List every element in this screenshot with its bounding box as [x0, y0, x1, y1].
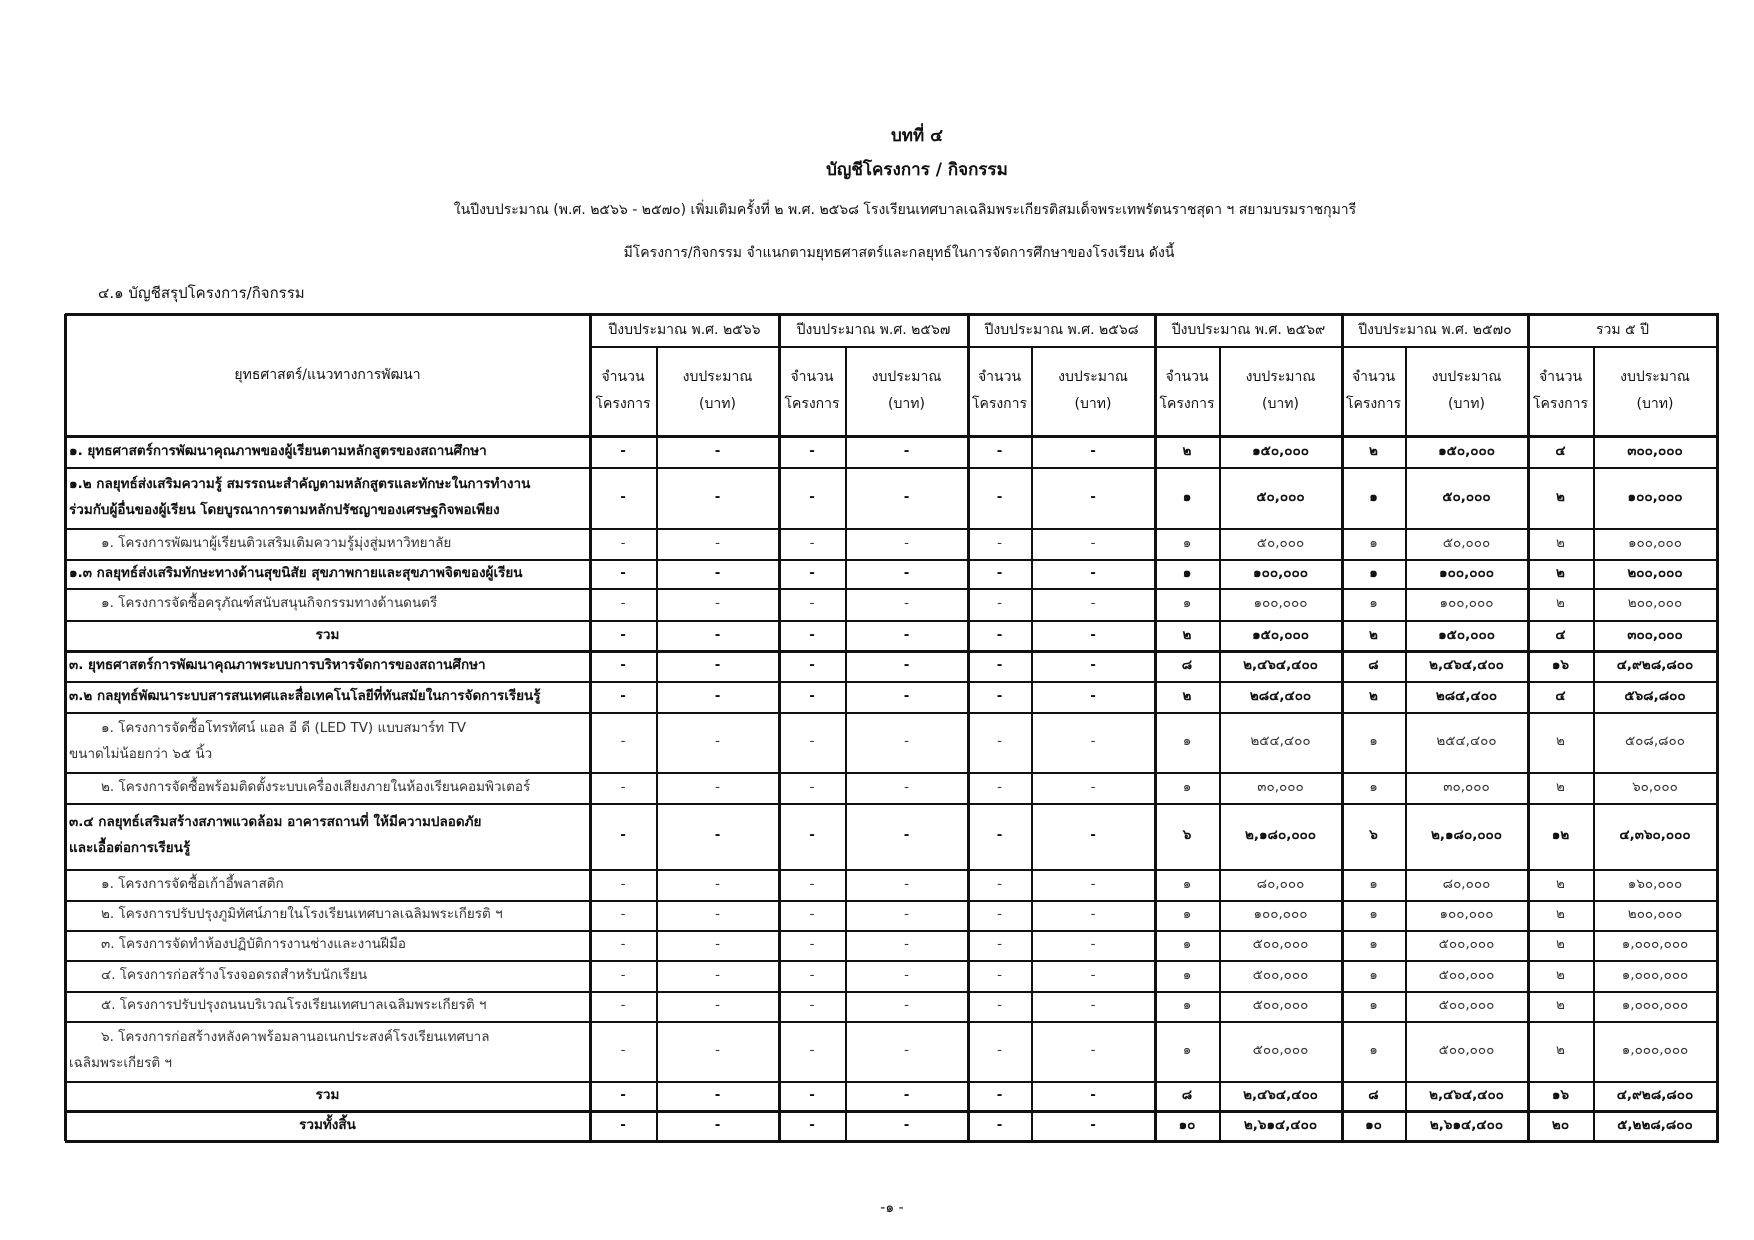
project-count-cell: ๑ [1155, 712, 1219, 772]
budget-cell: - [1031, 712, 1155, 772]
budget-cell: - [1031, 991, 1155, 1021]
project-count-cell: ๒ [1528, 930, 1593, 960]
project-count-cell: - [968, 1081, 1031, 1111]
project-count-cell: - [779, 960, 845, 991]
project-count-cell: ๑ [1155, 930, 1219, 960]
budget-cell: - [656, 1021, 779, 1081]
budget-cell: - [845, 651, 968, 681]
project-count-cell: - [968, 803, 1031, 869]
project-count-cell: - [779, 559, 845, 588]
project-count-cell: - [779, 436, 845, 467]
column-group-header: ปีงบประมาณ พ.ศ. ๒๕๖๖ [590, 314, 779, 346]
budget-cell: - [845, 1021, 968, 1081]
budget-cell: ๒๐๐,๐๐๐ [1593, 559, 1717, 588]
budget-cell: ๖๐,๐๐๐ [1593, 772, 1717, 803]
project-count-cell: ๑ [1155, 559, 1219, 588]
project-count-cell: ๖ [1155, 803, 1219, 869]
project-item-label: ๒. โครงการปรับปรุงภูมิทัศน์ภายในโรงเรียน… [65, 900, 590, 930]
budget-cell: ๑๐๐,๐๐๐ [1405, 559, 1528, 588]
project-count-cell: ๒ [1342, 436, 1405, 467]
subtotal-label: รวม [65, 620, 590, 651]
project-count-cell: ๑ [1342, 900, 1405, 930]
project-count-cell: - [968, 559, 1031, 588]
budget-cell: ๒,๖๑๔,๔๐๐ [1219, 1111, 1342, 1141]
project-count-cell: ๑ [1342, 772, 1405, 803]
budget-cell: ๓๐๐,๐๐๐ [1593, 436, 1717, 467]
budget-cell: ๑๕๐,๐๐๐ [1405, 620, 1528, 651]
project-count-cell: - [590, 620, 656, 651]
project-count-cell: - [968, 1021, 1031, 1081]
budget-cell: - [1031, 900, 1155, 930]
budget-cell: ๑๐๐,๐๐๐ [1219, 559, 1342, 588]
project-count-cell: - [968, 436, 1031, 467]
project-item-label: ๑. โครงการจัดซื้อครุภัณฑ์สนับสนุนกิจกรรม… [65, 588, 590, 620]
budget-cell: - [1031, 803, 1155, 869]
project-count-cell: - [779, 651, 845, 681]
budget-cell: ๕๐๘,๘๐๐ [1593, 712, 1717, 772]
budget-cell: ๑,๐๐๐,๐๐๐ [1593, 991, 1717, 1021]
column-header-budget: งบประมาณ(บาท) [1405, 346, 1528, 436]
project-item-label: ๑. โครงการพัฒนาผู้เรียนติวเสริมเติมความร… [65, 528, 590, 559]
budget-cell: - [656, 900, 779, 930]
budget-cell: - [1031, 1111, 1155, 1141]
project-count-cell: ๖ [1342, 803, 1405, 869]
project-count-cell: ๘ [1342, 651, 1405, 681]
budget-cell: ๒,๔๖๔,๔๐๐ [1219, 651, 1342, 681]
project-count-cell: ๒ [1155, 436, 1219, 467]
project-count-cell: ๑ [1155, 900, 1219, 930]
project-count-cell: - [779, 528, 845, 559]
project-count-cell: - [590, 467, 656, 528]
budget-cell: - [656, 1111, 779, 1141]
budget-cell: - [845, 559, 968, 588]
project-count-cell: - [968, 651, 1031, 681]
budget-cell: ๕๐๐,๐๐๐ [1219, 930, 1342, 960]
project-count-cell: - [968, 588, 1031, 620]
column-group-header: รวม ๕ ปี [1528, 314, 1717, 346]
budget-cell: ๓๐,๐๐๐ [1219, 772, 1342, 803]
budget-cell: - [656, 588, 779, 620]
project-count-cell: - [590, 528, 656, 559]
budget-cell: - [656, 559, 779, 588]
project-count-cell: ๒ [1528, 467, 1593, 528]
project-item-label: ๖. โครงการก่อสร้างหลังคาพร้อมลานอเนกประส… [65, 1021, 590, 1081]
budget-cell: - [1031, 528, 1155, 559]
budget-cell: - [656, 651, 779, 681]
budget-cell: - [656, 712, 779, 772]
column-group-header: ปีงบประมาณ พ.ศ. ๒๕๗๐ [1342, 314, 1528, 346]
budget-cell: ๔,๙๒๘,๘๐๐ [1593, 1081, 1717, 1111]
project-item-label: ๔. โครงการก่อสร้างโรงจอดรถสำหรับนักเรียน [65, 960, 590, 991]
budget-cell: - [1031, 1021, 1155, 1081]
project-count-cell: - [968, 620, 1031, 651]
project-count-cell: ๑ [1155, 528, 1219, 559]
project-count-cell: ๑ [1342, 467, 1405, 528]
project-count-cell: - [779, 1111, 845, 1141]
budget-cell: ๑๕๐,๐๐๐ [1219, 436, 1342, 467]
project-count-cell: - [779, 681, 845, 712]
budget-cell: - [656, 869, 779, 900]
column-header-project-count: จำนวนโครงการ [968, 346, 1031, 436]
budget-cell: - [656, 930, 779, 960]
project-count-cell: ๘ [1155, 651, 1219, 681]
project-count-cell: ๒ [1528, 960, 1593, 991]
project-count-cell: - [590, 869, 656, 900]
budget-cell: ๑,๐๐๐,๐๐๐ [1593, 960, 1717, 991]
budget-cell: - [656, 772, 779, 803]
budget-cell: - [845, 991, 968, 1021]
project-count-cell: - [968, 467, 1031, 528]
project-count-cell: - [590, 900, 656, 930]
column-header-budget: งบประมาณ(บาท) [656, 346, 779, 436]
project-count-cell: ๒ [1528, 712, 1593, 772]
column-group-header: ปีงบประมาณ พ.ศ. ๒๕๖๙ [1155, 314, 1342, 346]
project-count-cell: ๑ [1342, 991, 1405, 1021]
strategy-label: ๓.๔ กลยุทธ์เสริมสร้างสภาพแวดล้อม อาคารสถ… [65, 803, 590, 869]
budget-cell: - [1031, 869, 1155, 900]
project-count-cell: ๑๖ [1528, 651, 1593, 681]
budget-cell: ๔,๙๒๘,๘๐๐ [1593, 651, 1717, 681]
budget-cell: ๕๐,๐๐๐ [1219, 467, 1342, 528]
budget-cell: ๑,๐๐๐,๐๐๐ [1593, 1021, 1717, 1081]
project-count-cell: ๑ [1342, 869, 1405, 900]
budget-cell: - [845, 930, 968, 960]
budget-cell: - [845, 712, 968, 772]
budget-cell: ๒๕๔,๔๐๐ [1219, 712, 1342, 772]
budget-cell: - [1031, 436, 1155, 467]
project-count-cell: - [968, 869, 1031, 900]
budget-cell: - [845, 620, 968, 651]
budget-cell: ๕๐๐,๐๐๐ [1405, 930, 1528, 960]
project-count-cell: ๘ [1342, 1081, 1405, 1111]
budget-cell: ๑,๐๐๐,๐๐๐ [1593, 930, 1717, 960]
project-count-cell: ๒ [1528, 772, 1593, 803]
budget-cell: - [1031, 681, 1155, 712]
project-count-cell: - [968, 1111, 1031, 1141]
column-group-header: ปีงบประมาณ พ.ศ. ๒๕๖๘ [968, 314, 1155, 346]
project-count-cell: - [590, 1081, 656, 1111]
column-header-budget: งบประมาณ(บาท) [845, 346, 968, 436]
project-count-cell: - [590, 803, 656, 869]
project-count-cell: ๑ [1155, 1021, 1219, 1081]
column-header-project-count: จำนวนโครงการ [1342, 346, 1405, 436]
budget-cell: - [656, 528, 779, 559]
subtotal-label: รวม [65, 1081, 590, 1111]
budget-cell: - [1031, 930, 1155, 960]
project-count-cell: ๒ [1528, 900, 1593, 930]
project-count-cell: ๑๒ [1528, 803, 1593, 869]
budget-cell: - [1031, 772, 1155, 803]
project-count-cell: ๒ [1342, 620, 1405, 651]
budget-cell: ๔,๓๖๐,๐๐๐ [1593, 803, 1717, 869]
project-count-cell: - [590, 991, 656, 1021]
budget-cell: ๒,๖๑๔,๔๐๐ [1405, 1111, 1528, 1141]
strategy-label: ๑.๓ กลยุทธ์ส่งเสริมทักษะทางด้านสุขนิสัย … [65, 559, 590, 588]
budget-cell: ๒,๑๘๐,๐๐๐ [1405, 803, 1528, 869]
budget-cell: ๕๐,๐๐๐ [1219, 528, 1342, 559]
budget-cell: ๓๐๐,๐๐๐ [1593, 620, 1717, 651]
project-count-cell: ๑ [1155, 869, 1219, 900]
project-count-cell: - [968, 900, 1031, 930]
budget-cell: ๒,๔๖๔,๔๐๐ [1405, 651, 1528, 681]
budget-cell: ๑๐๐,๐๐๐ [1219, 900, 1342, 930]
budget-cell: ๑๖๐,๐๐๐ [1593, 869, 1717, 900]
budget-cell: - [845, 960, 968, 991]
project-count-cell: - [590, 1111, 656, 1141]
budget-cell: ๒๐๐,๐๐๐ [1593, 588, 1717, 620]
budget-cell: ๑๕๐,๐๐๐ [1405, 436, 1528, 467]
project-count-cell: ๒ [1528, 1021, 1593, 1081]
budget-cell: ๕๖๘,๘๐๐ [1593, 681, 1717, 712]
budget-cell: - [845, 772, 968, 803]
project-count-cell: ๑๐ [1342, 1111, 1405, 1141]
budget-cell: - [1031, 588, 1155, 620]
budget-cell: ๘๐,๐๐๐ [1405, 869, 1528, 900]
column-header-project-count: จำนวนโครงการ [590, 346, 656, 436]
project-count-cell: ๒ [1155, 620, 1219, 651]
project-count-cell: - [590, 681, 656, 712]
budget-cell: - [845, 869, 968, 900]
project-count-cell: ๑ [1342, 588, 1405, 620]
budget-cell: - [1031, 651, 1155, 681]
project-count-cell: ๑ [1155, 772, 1219, 803]
budget-cell: ๒๘๔,๔๐๐ [1219, 681, 1342, 712]
project-count-cell: - [590, 1021, 656, 1081]
budget-cell: - [656, 1081, 779, 1111]
project-count-cell: ๑๐ [1155, 1111, 1219, 1141]
column-header-budget: งบประมาณ(บาท) [1593, 346, 1717, 436]
subtotal-label: รวมทั้งสิ้น [65, 1111, 590, 1141]
project-count-cell: - [779, 930, 845, 960]
budget-cell: - [656, 436, 779, 467]
budget-cell: - [1031, 960, 1155, 991]
project-count-cell: - [590, 712, 656, 772]
budget-cell: - [845, 803, 968, 869]
column-group-header: ปีงบประมาณ พ.ศ. ๒๕๖๗ [779, 314, 968, 346]
budget-cell: ๑๐๐,๐๐๐ [1219, 588, 1342, 620]
budget-cell: - [845, 681, 968, 712]
budget-cell: ๒,๔๖๔,๔๐๐ [1405, 1081, 1528, 1111]
strategy-label: ๑.๒ กลยุทธ์ส่งเสริมความรู้ สมรรถนะสำคัญต… [65, 467, 590, 528]
project-count-cell: ๒ [1528, 559, 1593, 588]
page-number: -๑ - [0, 1197, 1754, 1219]
budget-cell: ๕๐๐,๐๐๐ [1405, 1021, 1528, 1081]
project-count-cell: - [779, 1021, 845, 1081]
budget-cell: ๑๐๐,๐๐๐ [1593, 467, 1717, 528]
project-count-cell: ๒๐ [1528, 1111, 1593, 1141]
project-count-cell: ๔ [1528, 681, 1593, 712]
project-count-cell: ๑ [1155, 991, 1219, 1021]
project-count-cell: ๑ [1342, 960, 1405, 991]
project-count-cell: - [590, 930, 656, 960]
project-count-cell: - [968, 681, 1031, 712]
column-header-project-count: จำนวนโครงการ [1528, 346, 1593, 436]
budget-cell: ๑๐๐,๐๐๐ [1405, 588, 1528, 620]
budget-cell: - [656, 991, 779, 1021]
project-count-cell: ๒ [1528, 588, 1593, 620]
budget-cell: ๕๐,๐๐๐ [1405, 467, 1528, 528]
budget-cell: - [845, 436, 968, 467]
project-count-cell: - [779, 991, 845, 1021]
budget-cell: ๕๐,๐๐๐ [1405, 528, 1528, 559]
budget-cell: - [845, 528, 968, 559]
project-count-cell: ๑ [1342, 712, 1405, 772]
budget-cell: - [845, 900, 968, 930]
budget-cell: - [656, 467, 779, 528]
column-header-strategy: ยุทธศาสตร์/แนวทางการพัฒนา [65, 314, 590, 436]
project-count-cell: - [590, 559, 656, 588]
project-count-cell: - [968, 960, 1031, 991]
project-count-cell: - [968, 772, 1031, 803]
project-count-cell: - [590, 436, 656, 467]
budget-cell: ๕๐๐,๐๐๐ [1405, 991, 1528, 1021]
budget-cell: ๒,๔๖๔,๔๐๐ [1219, 1081, 1342, 1111]
project-count-cell: ๘ [1155, 1081, 1219, 1111]
column-header-project-count: จำนวนโครงการ [1155, 346, 1219, 436]
budget-cell: ๘๐,๐๐๐ [1219, 869, 1342, 900]
budget-cell: - [845, 1111, 968, 1141]
budget-cell: ๓๐,๐๐๐ [1405, 772, 1528, 803]
budget-cell: - [656, 620, 779, 651]
budget-cell: ๑๐๐,๐๐๐ [1593, 528, 1717, 559]
budget-cell: - [845, 588, 968, 620]
project-count-cell: - [968, 712, 1031, 772]
project-count-cell: - [968, 528, 1031, 559]
project-count-cell: - [968, 991, 1031, 1021]
budget-cell: - [1031, 467, 1155, 528]
project-item-label: ๓. โครงการจัดทำห้องปฏิบัติการงานช่างและง… [65, 930, 590, 960]
budget-cell: ๕,๒๒๘,๘๐๐ [1593, 1111, 1717, 1141]
project-count-cell: - [968, 930, 1031, 960]
strategy-label: ๓.๒ กลยุทธ์พัฒนาระบบสารสนเทศและสื่อเทคโน… [65, 681, 590, 712]
project-count-cell: ๑ [1155, 588, 1219, 620]
project-count-cell: ๑ [1342, 1021, 1405, 1081]
project-item-label: ๑. โครงการจัดซื้อโทรทัศน์ แอล อี ดี (LED… [65, 712, 590, 772]
project-count-cell: ๒ [1155, 681, 1219, 712]
project-count-cell: - [779, 900, 845, 930]
budget-cell: - [845, 1081, 968, 1111]
budget-cell: ๕๐๐,๐๐๐ [1219, 1021, 1342, 1081]
project-count-cell: - [779, 620, 845, 651]
project-item-label: ๒. โครงการจัดซื้อพร้อมติดตั้งระบบเครื่อง… [65, 772, 590, 803]
project-count-cell: ๑ [1342, 930, 1405, 960]
strategy-label: ๑. ยุทธศาสตร์การพัฒนาคุณภาพของผู้เรียนตา… [65, 436, 590, 467]
project-count-cell: ๑ [1155, 960, 1219, 991]
budget-cell: ๑๕๐,๐๐๐ [1219, 620, 1342, 651]
budget-cell: - [656, 681, 779, 712]
budget-cell: - [656, 960, 779, 991]
column-header-project-count: จำนวนโครงการ [779, 346, 845, 436]
column-header-budget: งบประมาณ(บาท) [1219, 346, 1342, 436]
project-count-cell: - [590, 960, 656, 991]
project-count-cell: - [779, 467, 845, 528]
project-count-cell: - [779, 1081, 845, 1111]
project-count-cell: ๑ [1155, 467, 1219, 528]
project-count-cell: ๑๖ [1528, 1081, 1593, 1111]
project-item-label: ๕. โครงการปรับปรุงถนนบริเวณโรงเรียนเทศบา… [65, 991, 590, 1021]
budget-cell: ๒๕๔,๔๐๐ [1405, 712, 1528, 772]
budget-cell: ๕๐๐,๐๐๐ [1219, 960, 1342, 991]
budget-cell: - [1031, 620, 1155, 651]
budget-cell: ๕๐๐,๐๐๐ [1219, 991, 1342, 1021]
project-count-cell: - [590, 588, 656, 620]
project-count-cell: - [779, 803, 845, 869]
project-count-cell: ๒ [1528, 528, 1593, 559]
project-item-label: ๑. โครงการจัดซื้อเก้าอี้พลาสติก [65, 869, 590, 900]
project-count-cell: - [590, 651, 656, 681]
project-count-cell: ๒ [1528, 869, 1593, 900]
budget-cell: - [1031, 1081, 1155, 1111]
project-count-cell: - [779, 588, 845, 620]
budget-cell: - [1031, 559, 1155, 588]
project-count-cell: ๔ [1528, 436, 1593, 467]
budget-cell: ๒๐๐,๐๐๐ [1593, 900, 1717, 930]
project-summary-table: ยุทธศาสตร์/แนวทางการพัฒนาปีงบประมาณ พ.ศ.… [0, 0, 1754, 1240]
budget-cell: - [656, 803, 779, 869]
project-count-cell: - [779, 869, 845, 900]
project-count-cell: - [590, 772, 656, 803]
budget-cell: ๑๐๐,๐๐๐ [1405, 900, 1528, 930]
column-header-budget: งบประมาณ(บาท) [1031, 346, 1155, 436]
project-count-cell: ๑ [1342, 559, 1405, 588]
project-count-cell: ๒ [1342, 681, 1405, 712]
strategy-label: ๓. ยุทธศาสตร์การพัฒนาคุณภาพระบบการบริหาร… [65, 651, 590, 681]
project-count-cell: ๔ [1528, 620, 1593, 651]
project-count-cell: ๒ [1528, 991, 1593, 1021]
project-count-cell: - [779, 712, 845, 772]
budget-cell: ๕๐๐,๐๐๐ [1405, 960, 1528, 991]
project-count-cell: - [779, 772, 845, 803]
project-count-cell: ๑ [1342, 528, 1405, 559]
budget-cell: ๒,๑๘๐,๐๐๐ [1219, 803, 1342, 869]
budget-cell: ๒๘๔,๔๐๐ [1405, 681, 1528, 712]
budget-cell: - [845, 467, 968, 528]
